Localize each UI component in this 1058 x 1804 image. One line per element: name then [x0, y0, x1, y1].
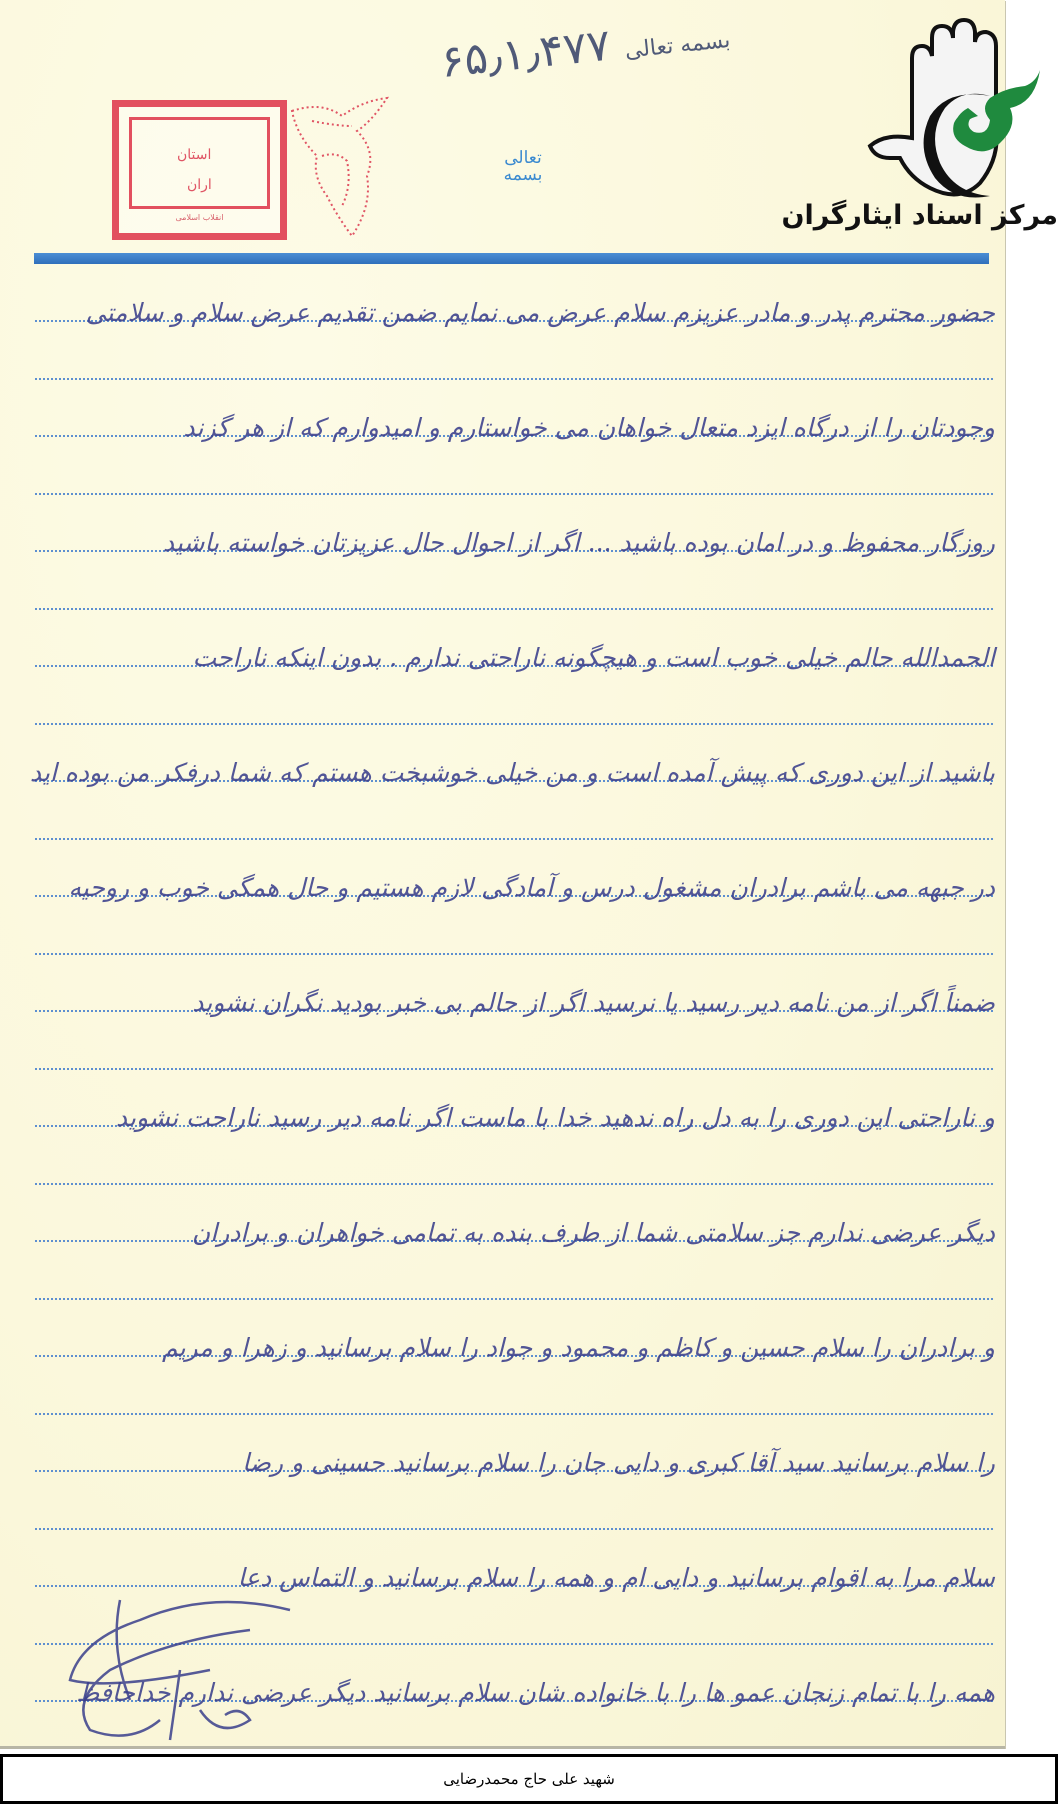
ruled-line — [35, 1298, 993, 1300]
signature-scribble — [50, 1570, 350, 1750]
ruled-line — [35, 493, 993, 495]
ruled-line — [35, 1183, 993, 1185]
handwritten-line: و ناراحتی این دوری را به دل راه ندهید خد… — [30, 1095, 995, 1141]
handwritten-line: ضمناً اگر از من نامه دیر رسید یا نرسید ا… — [30, 980, 995, 1026]
stamp-inner-frame — [129, 117, 270, 209]
handwritten-line: دیگر عرضی ندارم جز سلامتی شما از طرف بند… — [30, 1210, 995, 1256]
handwritten-line: و برادران را سلام حسین و کاظم و محمود و … — [30, 1325, 995, 1371]
ruled-line — [35, 953, 993, 955]
ruled-line — [35, 1413, 993, 1415]
handwritten-line: وجودتان را از درگاه ایزد متعال خواهان می… — [30, 405, 995, 451]
stamp-line-2: اران — [187, 177, 212, 193]
logo-title: مرکز اسناد ایثارگران — [856, 200, 1058, 231]
bird-emblem-icon — [282, 96, 392, 246]
handwritten-line: حضور محترم پدر و مادر عزیزم سلام عرض می … — [30, 290, 995, 336]
letterhead-bar — [34, 253, 989, 264]
bismillah-bottom: بسمه — [488, 167, 558, 184]
ruled-line — [35, 723, 993, 725]
red-stamp: استان اران انقلاب اسلامی — [112, 100, 287, 240]
handwritten-line: را سلام برسانید سید آقا کبری و دایی جان … — [30, 1440, 995, 1486]
handwritten-line: الحمدالله حالم خیلی خوب است و هیچگونه نا… — [30, 635, 995, 681]
caption-box: شهید علی حاج محمدرضایی — [0, 1754, 1058, 1804]
ruled-line — [35, 838, 993, 840]
ruled-line — [35, 1068, 993, 1070]
ruled-line — [35, 608, 993, 610]
handwritten-line: در جبهه می باشم برادران مشغول درس و آماد… — [30, 865, 995, 911]
bismillah-calligraphy: تعالی بسمه — [488, 150, 558, 184]
handwritten-line: باشید از این دوری که پیش آمده است و من خ… — [30, 750, 995, 796]
reference-prefix: بسمه تعالی — [624, 28, 732, 64]
ruled-line — [35, 1528, 993, 1530]
ruled-line — [35, 378, 993, 380]
martyr-name-caption: شهید علی حاج محمدرضایی — [443, 1770, 615, 1788]
stamp-footer-text: انقلاب اسلامی — [121, 213, 278, 231]
handwritten-line: روزگار محفوظ و در امان بوده باشید ... اگ… — [30, 520, 995, 566]
stamp-line-1: استان — [177, 147, 211, 163]
